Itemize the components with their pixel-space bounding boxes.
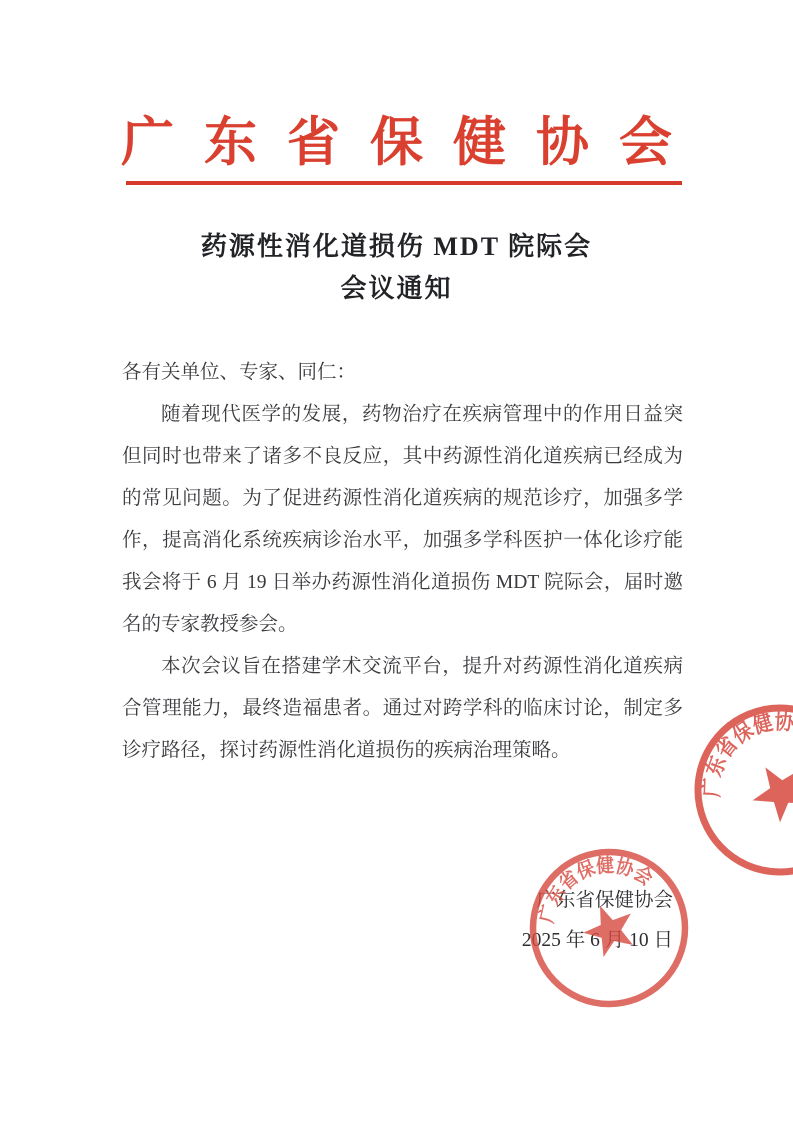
body-line: 但同时也带来了诸多不良反应，其中药源性消化道疾病已经成为临床	[122, 436, 683, 478]
document-title-line1: 药源性消化道损伤 MDT 院际会	[0, 226, 793, 263]
signature-date: 2025 年 6 月 10 日	[522, 921, 673, 961]
signature-org: 广东省保健协会	[522, 881, 673, 921]
body-line: 作，提高消化系统疾病诊治水平，加强多学科医护一体化诊疗能力，	[122, 520, 683, 562]
star-icon	[741, 752, 793, 829]
letterhead-org-title: 广东省保健协会	[0, 100, 793, 176]
body-text: 各有关单位、专家、同仁： 随着现代医学的发展，药物治疗在疾病管理中的作用日益突出…	[122, 352, 683, 772]
body-line: 的常见问题。为了促进药源性消化道疾病的规范诊疗，加强多学科协	[122, 478, 683, 520]
body-line: 名的专家教授参会。	[122, 604, 683, 646]
body-line: 合管理能力，最终造福患者。通过对跨学科的临床讨论，制定多学科	[122, 688, 683, 730]
body-salutation: 各有关单位、专家、同仁：	[122, 352, 683, 394]
official-seal-stamp-partial: 广东省保健协会	[690, 700, 793, 880]
seal-arc-text: 广东省保健协会	[690, 700, 793, 809]
seal-ring	[690, 700, 793, 880]
body-line: 我会将于 6 月 19 日举办药源性消化道损伤 MDT 院际会，届时邀请知	[122, 562, 683, 604]
body-line: 随着现代医学的发展，药物治疗在疾病管理中的作用日益突出，	[122, 394, 683, 436]
body-line: 本次会议旨在搭建学术交流平台，提升对药源性消化道疾病的综	[122, 646, 683, 688]
document-page: 广东省保健协会 药源性消化道损伤 MDT 院际会 会议通知 各有关单位、专家、同…	[0, 0, 793, 1121]
document-title-line2: 会议通知	[0, 268, 793, 305]
body-line: 诊疗路径，探讨药源性消化道损伤的疾病治理策略。	[122, 730, 683, 772]
letterhead-divider	[126, 181, 682, 185]
signature-block: 广东省保健协会 2025 年 6 月 10 日	[522, 881, 673, 961]
